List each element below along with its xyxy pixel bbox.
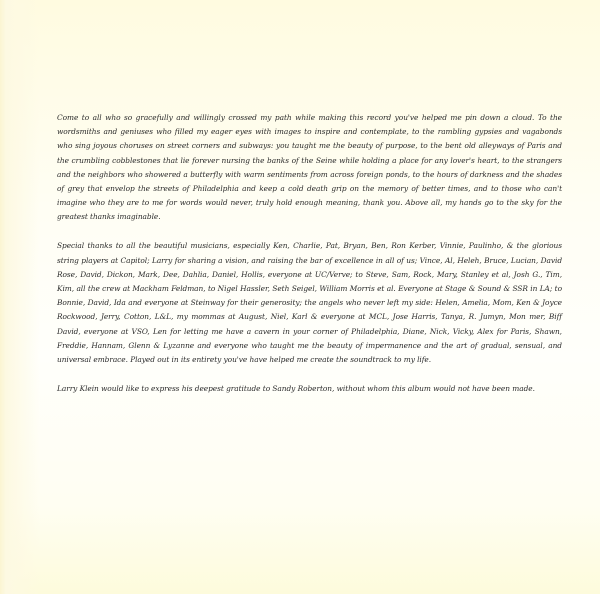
dedication-paragraph: Come to all who so gracefully and willin… [57, 111, 562, 225]
special-thanks-paragraph: Special thanks to all the beautiful musi… [57, 239, 562, 367]
producer-thanks-paragraph: Larry Klein would like to express his de… [57, 382, 562, 396]
liner-notes-page: Come to all who so gracefully and willin… [0, 0, 600, 594]
acknowledgements-text: Come to all who so gracefully and willin… [57, 111, 562, 411]
